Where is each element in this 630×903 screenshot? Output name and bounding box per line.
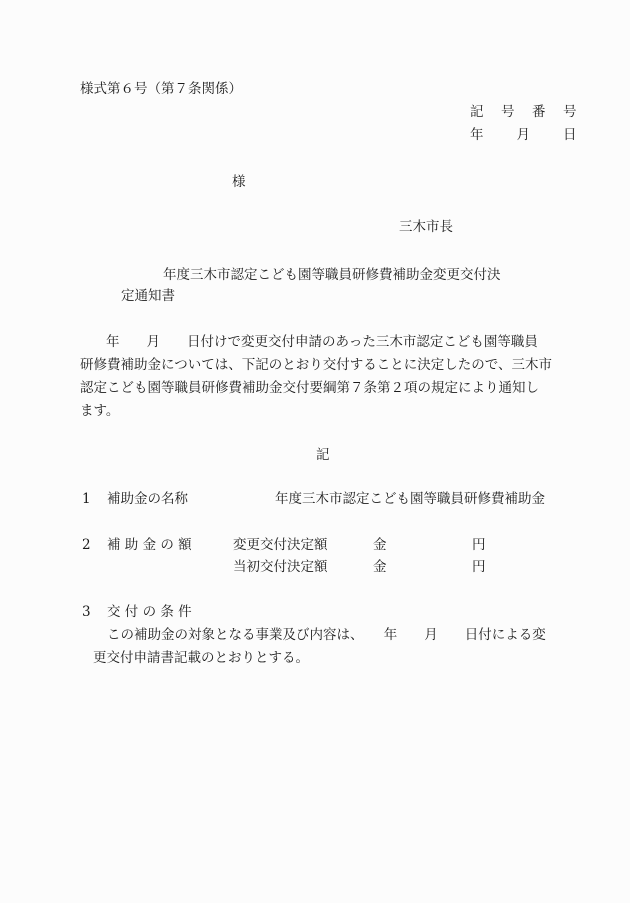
- item-3-text-line2: 更交付申請書記載のとおりとする。: [93, 649, 309, 667]
- body-line-4: ます。: [80, 402, 119, 420]
- body-line-3: 認定こども園等職員研修費補助金交付要綱第７条第２項の規定により通知し: [80, 379, 539, 397]
- item-1-value: 年度三木市認定こども園等職員研修費補助金: [275, 490, 545, 508]
- body-line-2: 研修費補助金については、下記のとおり交付することに決定したので、三木市: [80, 356, 552, 374]
- sender-name: 三木市長: [399, 218, 453, 236]
- ki-heading: 記: [316, 446, 330, 464]
- reference-date-line: 年 月 日: [470, 126, 579, 144]
- item-2-row-2-unit: 円: [472, 558, 486, 576]
- document-title-line2: 定通知書: [121, 287, 175, 305]
- item-1-label: 補助金の名称: [107, 490, 188, 508]
- item-2-row-2-prefix: 金: [373, 558, 387, 576]
- body-line-1: 年 月 日付けで変更交付申請のあった三木市認定こども園等職員: [106, 333, 538, 351]
- item-3-number: 3: [82, 603, 91, 621]
- addressee-honorific: 様: [232, 173, 246, 191]
- item-2-number: 2: [82, 536, 91, 554]
- item-3-label: 交 付 の 条 件: [107, 603, 192, 621]
- item-2-row-1-kind: 変更交付決定額: [233, 536, 328, 554]
- document-title-line1: 年度三木市認定こども園等職員研修費補助金変更交付決: [163, 266, 501, 284]
- item-3-text-line1: この補助金の対象となる事業及び内容は、 年 月 日付による変: [107, 626, 546, 644]
- reference-number-line: 記 号 番 号: [470, 103, 579, 121]
- item-2-row-1-prefix: 金: [373, 536, 387, 554]
- form-label: 様式第６号（第７条関係）: [80, 80, 242, 98]
- item-1-number: 1: [82, 490, 91, 508]
- document-page: 様式第６号（第７条関係） 記 号 番 号 年 月 日 様 三木市長 年度三木市認…: [0, 0, 630, 903]
- item-2-row-1-unit: 円: [472, 536, 486, 554]
- item-2-label: 補 助 金 の 額: [107, 536, 192, 554]
- item-2-row-2-kind: 当初交付決定額: [233, 558, 328, 576]
